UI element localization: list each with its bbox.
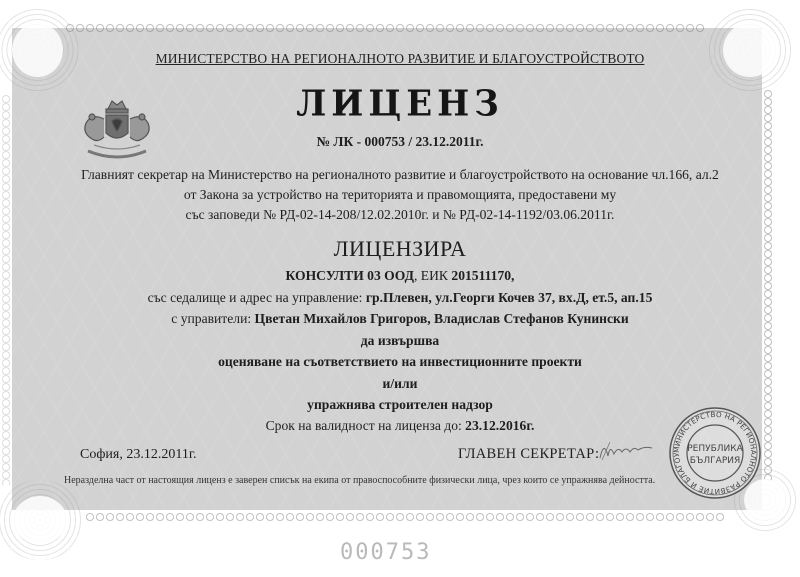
stamp-center-line2: БЪЛГАРИЯ — [690, 456, 741, 466]
license-document: МИНИСТЕРСТВО НА РЕГИОНАЛНОТО РАЗВИТИЕ И … — [0, 0, 800, 577]
company-line: КОНСУЛТИ 03 ООД, ЕИК 201511170, — [0, 268, 800, 284]
licenses-heading: ЛИЦЕНЗИРА — [0, 236, 800, 262]
address-line: със седалище и адрес на управление: гр.П… — [0, 290, 800, 306]
rosette-ornament-icon — [705, 5, 795, 95]
footnote: Неразделна част от настоящия лиценз е за… — [64, 475, 724, 486]
license-title: ЛИЦЕНЗ — [0, 83, 800, 125]
serial-number: 000753 — [340, 540, 431, 565]
guilloche-border-top — [65, 22, 705, 34]
guilloche-border-bottom — [85, 510, 725, 524]
managers-label: с управители: — [171, 311, 254, 326]
ministry-heading: МИНИСТЕРСТВО НА РЕГИОНАЛНОТО РАЗВИТИЕ И … — [0, 51, 800, 67]
company-name: КОНСУЛТИ 03 ООД — [286, 268, 414, 283]
place-and-date: София, 23.12.2011г. — [80, 447, 196, 463]
license-number: № ЛК - 000753 / 23.12.2011г. — [0, 134, 800, 150]
rosette-ornament-icon — [0, 480, 85, 560]
address-value: гр.Плевен, ул.Георги Кочев 37, вх.Д, ет.… — [366, 290, 653, 305]
managers-line: с управители: Цветан Михайлов Григоров, … — [0, 311, 800, 327]
validity-label: Срок на валидност на лиценза до: — [266, 418, 466, 433]
intro-line: Главният секретар на Министерство на рег… — [0, 167, 800, 183]
managers-value: Цветан Михайлов Григоров, Владислав Стеф… — [255, 311, 629, 326]
intro-line: със заповеди № РД-02-14-208/12.02.2010г.… — [0, 207, 800, 223]
signatory-label: ГЛАВЕН СЕКРЕТАР: — [458, 446, 599, 463]
official-stamp-icon: МИНИСТЕРСТВО НА РЕГИОНАЛНОТО РАЗВИТИЕ И … — [667, 405, 763, 501]
signature-icon — [596, 438, 656, 464]
stamp-center-line1: РЕПУБЛИКА — [687, 444, 743, 454]
eik-value: 201511170, — [451, 268, 514, 283]
intro-line: от Закона за устройство на територията и… — [0, 187, 800, 203]
activity-line: да извършва — [0, 333, 800, 349]
activity-line: оценяване на съответствието на инвестици… — [0, 354, 800, 370]
validity-date: 23.12.2016г. — [465, 418, 534, 433]
activity-line: и/или — [0, 376, 800, 392]
eik-label: , ЕИК — [414, 268, 451, 283]
address-label: със седалище и адрес на управление: — [148, 290, 366, 305]
